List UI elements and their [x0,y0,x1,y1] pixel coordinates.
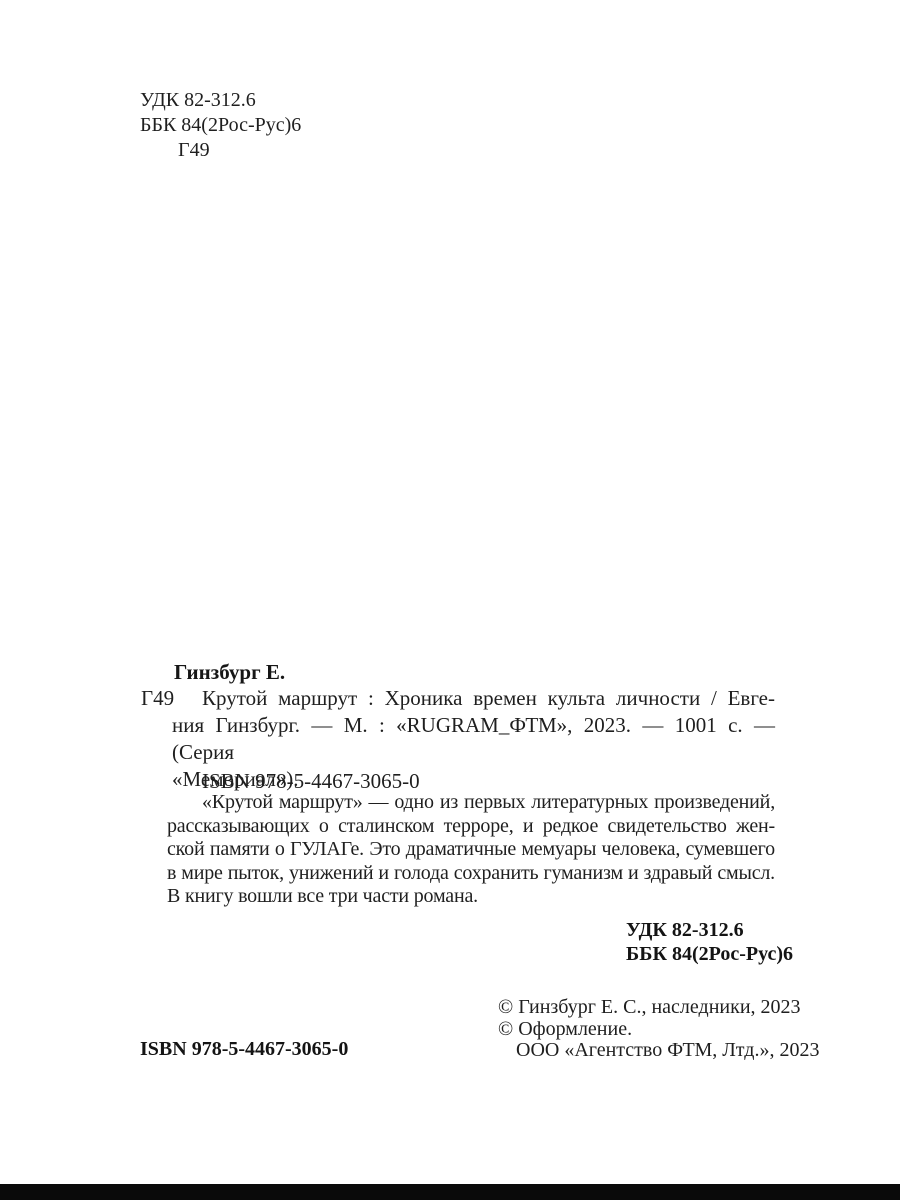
annotation-line: «Крутой маршрут» — одно из первых литера… [167,791,775,815]
description-line: Крутой маршрут : Хроника времен культа л… [172,685,775,712]
book-imprint-page: УДК 82-312.6 ББК 84(2Рос-Рус)6 Г49 Гинзб… [0,0,900,1200]
copyright-line-publisher: ООО «Агентство ФТМ, Лтд.», 2023 [498,1040,819,1062]
bbk-code-bold: ББК 84(2Рос-Рус)6 [626,943,793,967]
author-heading: Гинзбург Е. [174,660,285,685]
author-sign: Г49 [140,138,301,163]
isbn-footer: ISBN 978-5-4467-3065-0 [140,1038,348,1061]
bbk-code: ББК 84(2Рос-Рус)6 [140,113,301,138]
annotation-line: в мире пыток, унижений и голода сохранит… [167,862,775,886]
annotation-line: рассказывающих о сталинском терроре, и р… [167,815,775,839]
copyright-line-design: © Оформление. [498,1019,819,1041]
classification-repeat-block: УДК 82-312.6 ББК 84(2Рос-Рус)6 [626,919,793,966]
catalog-author-sign: Г49 [141,685,174,712]
annotation-line: ской памяти о ГУЛАГе. Это драматичные ме… [167,838,775,862]
annotation-line: В книгу вошли все три части романа. [167,885,775,909]
copyright-block: © Гинзбург Е. С., наследники, 2023 © Офо… [498,997,819,1062]
annotation-paragraph: «Крутой маршрут» — одно из первых литера… [167,791,775,909]
description-line: ния Гинзбург. — М. : «RUGRAM_ФТМ», 2023.… [172,712,775,766]
top-classification-block: УДК 82-312.6 ББК 84(2Рос-Рус)6 Г49 [140,88,301,163]
udk-code: УДК 82-312.6 [140,88,301,113]
page-bottom-edge-bar [0,1184,900,1200]
udk-code-bold: УДК 82-312.6 [626,919,793,943]
copyright-line-author: © Гинзбург Е. С., наследники, 2023 [498,997,819,1019]
